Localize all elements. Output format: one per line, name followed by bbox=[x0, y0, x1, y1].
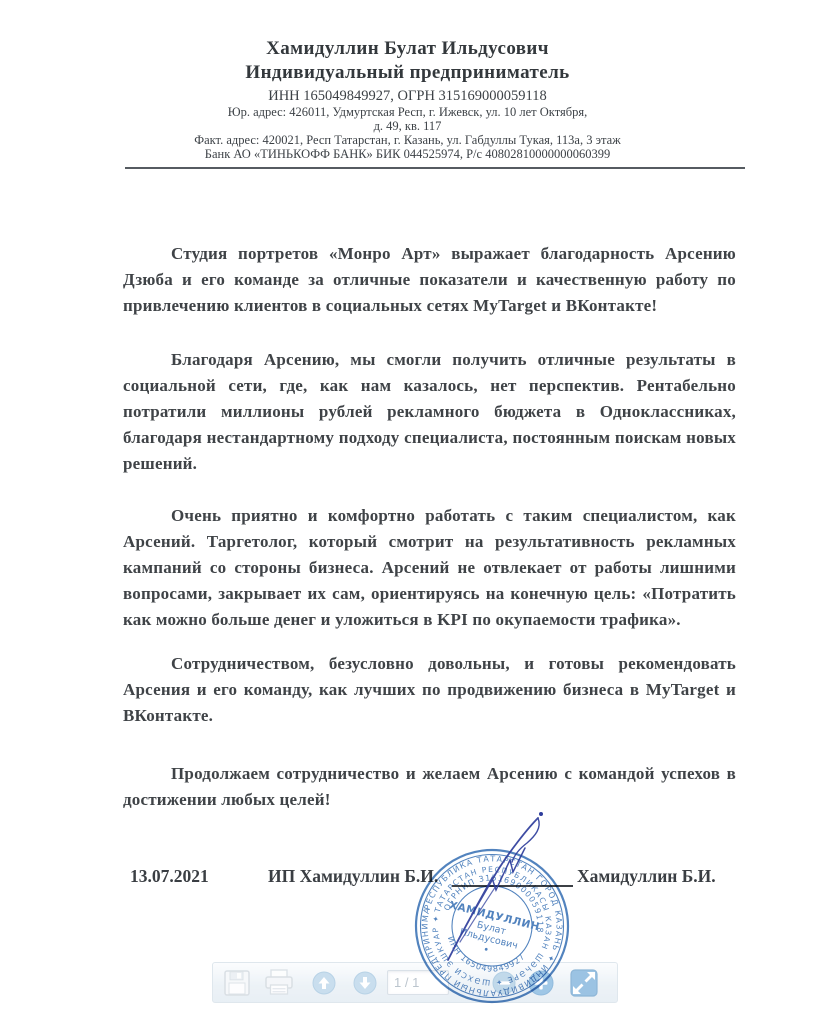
paragraph-gratitude: Студия портретов «Монро Арт» выражает бл… bbox=[123, 241, 736, 319]
letter-date: 13.07.2021 bbox=[130, 866, 209, 887]
letterhead: Хамидуллин Булат Ильдусович Индивидуальн… bbox=[0, 37, 815, 161]
floppy-disk-icon bbox=[223, 969, 251, 997]
next-page-button[interactable] bbox=[352, 970, 378, 996]
paragraph-recommendation: Сотрудничеством, безусловно довольны, и … bbox=[123, 651, 736, 729]
save-button[interactable] bbox=[221, 967, 253, 999]
legal-address-line2: д. 49, кв. 117 bbox=[0, 119, 815, 133]
scanned-letter-page: Хамидуллин Булат Ильдусович Индивидуальн… bbox=[0, 0, 815, 1022]
printer-icon bbox=[263, 969, 295, 997]
paragraph-specialist: Очень приятно и комфортно работать с так… bbox=[123, 503, 736, 633]
previous-page-button[interactable] bbox=[311, 970, 337, 996]
arrow-down-icon bbox=[353, 971, 377, 995]
arrow-up-icon bbox=[312, 971, 336, 995]
entrepreneur-title: Индивидуальный предприниматель bbox=[0, 61, 815, 85]
legal-address-line1: Юр. адрес: 426011, Удмуртская Респ, г. И… bbox=[0, 105, 815, 119]
entrepreneur-name: Хамидуллин Булат Ильдусович bbox=[0, 37, 815, 61]
letter-body: Студия портретов «Монро Арт» выражает бл… bbox=[123, 241, 736, 813]
countersign-name: Хамидуллин Б.И. bbox=[577, 866, 716, 887]
actual-address-line: Факт. адрес: 420021, Респ Татарстан, г. … bbox=[0, 133, 815, 147]
letterhead-divider bbox=[125, 167, 745, 169]
paragraph-results: Благодаря Арсению, мы смогли получить от… bbox=[123, 347, 736, 477]
inn-ogrn-line: ИНН 165049849927, ОГРН 315169000059118 bbox=[0, 88, 815, 105]
print-button[interactable] bbox=[261, 967, 297, 999]
handwritten-signature bbox=[408, 792, 588, 992]
bank-details-line: Банк АО «ТИНЬКОФФ БАНК» БИК 044525974, Р… bbox=[0, 147, 815, 161]
